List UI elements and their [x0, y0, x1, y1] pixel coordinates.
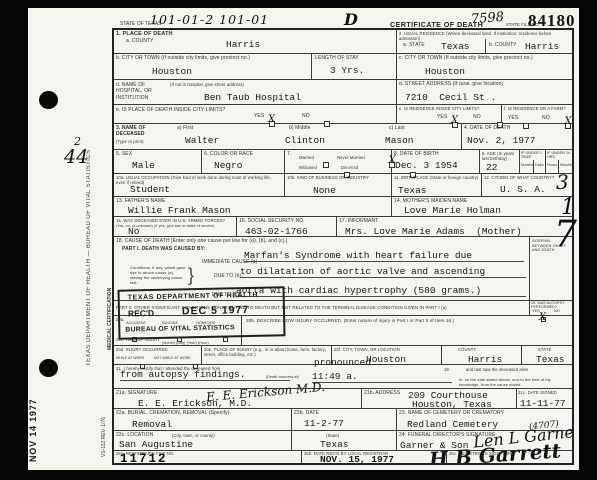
occupation-value: Student — [130, 184, 170, 195]
length-of-stay-value: 3 Yrs. — [330, 65, 364, 76]
certificate-sheet: TEXAS DEPARTMENT OF HEALTH — BUREAU OF V… — [28, 8, 579, 470]
race-value: Negro — [214, 160, 243, 171]
residence-city-value: Houston — [425, 66, 465, 77]
handwritten-number: 7598 — [471, 10, 505, 27]
last-name-value: Mason — [385, 135, 414, 146]
death-occurred-at-label: (Death occurred at) — [266, 375, 299, 379]
race-label: 6. COLOR OR RACE — [204, 151, 253, 157]
date-of-death-label: 4. DATE OF DEATH — [464, 125, 510, 131]
sex-value: Male — [132, 160, 155, 171]
homicide-checkbox — [223, 337, 228, 342]
married-checkbox — [323, 162, 329, 168]
ssn-label: 16. SOCIAL SECURITY NO. — [239, 218, 305, 224]
death-city-label: b. CITY OR TOWN (If outside city limits,… — [116, 55, 306, 61]
typed-from-autopsy: from autopsy findings. — [120, 369, 290, 381]
street-address-label: d. STREET ADDRESS (If rural, give locati… — [399, 81, 503, 87]
street-address-value: 7210 Cecil St . — [405, 92, 496, 103]
divorced-label: Divorced — [341, 165, 358, 170]
yes-label: YES — [508, 115, 518, 121]
married-label: Married — [299, 155, 314, 160]
not-while-at-work-label: NOT WHILE AT WORK — [154, 356, 191, 360]
length-of-stay-label: LENGTH OF STAY — [315, 55, 359, 61]
injury-state-value: Texas — [536, 354, 565, 365]
place-of-death-section-label: 1. PLACE OF DEATH — [116, 31, 173, 38]
yes-label: YES — [437, 114, 447, 120]
registrar-date-value: NOV. 15, 1977 — [320, 454, 394, 465]
date-of-birth-label: 8. DATE OF BIRTH — [394, 151, 439, 157]
while-at-work-label: WHILE AT WORK — [116, 356, 144, 360]
time-of-injury-sublabel: (Month) (Day) (Year) (Hour) — [162, 341, 209, 345]
birthplace-label: 11. BIRTHPLACE (State or foreign country… — [394, 175, 479, 180]
date-of-birth-value: Dec. 3 1954 — [395, 160, 458, 171]
hospital-note: (If not in hospital, give street address… — [170, 82, 265, 87]
informant-label: 17. INFORMANT — [339, 218, 378, 224]
no-label: NO — [542, 115, 550, 121]
scanned-death-certificate: TEXAS DEPARTMENT OF HEALTH — BUREAU OF V… — [0, 0, 597, 480]
stamp-bureau-line: BUREAU OF VITAL STATISTICS — [125, 324, 235, 333]
father-name-value: Willie Frank Mason — [128, 205, 231, 216]
handwritten-letter-d: D — [344, 10, 358, 29]
marital-item-number: 7. — [287, 151, 291, 157]
if-under-24-hrs-label: IF UNDER 24 HRS. — [547, 151, 571, 160]
burial-label: 22a. BURIAL, CREMATION, REMOVAL (Specify… — [116, 410, 229, 416]
sex-label: 5. SEX — [116, 151, 132, 157]
cause-of-death-section-label: 18. CAUSE OF DEATH [Enter only one cause… — [116, 238, 287, 244]
death-in-city-label: e. IS PLACE OF DEATH INSIDE CITY LIMITS? — [116, 107, 225, 113]
first-name-label: a) First — [177, 125, 193, 131]
hospital-value: Ben Taub Hospital — [204, 92, 301, 103]
middle-name-value: Clinton — [285, 135, 325, 146]
mother-maiden-name-label: 14. MOTHER'S MAIDEN NAME — [394, 198, 467, 204]
injury-county-label: COUNTY — [458, 347, 476, 352]
birthplace-value: Texas — [398, 185, 427, 196]
conditions-note: Conditions, if any, which gave rise to a… — [130, 265, 186, 285]
injury-city-value: Houston — [366, 354, 406, 365]
no-label: NO — [554, 309, 560, 314]
residence-city-label: c. CITY OR TOWN (If outside city limits,… — [399, 55, 569, 61]
stamp-date: DEC 5 1977 — [182, 304, 249, 317]
days-label: Days — [535, 163, 544, 167]
describe-injury-label: 20b. DESCRIBE HOW INJURY OCCURRED. (Ente… — [246, 318, 566, 324]
last-saw-text: and last saw the deceased alive — [466, 367, 528, 372]
conditions-brace: } — [188, 265, 194, 286]
due-to-b-label: DUE TO (b) — [214, 273, 241, 279]
divider — [485, 39, 486, 54]
residence-state-value: Texas — [441, 41, 470, 52]
injury-city-label: 20f. CITY, TOWN, OR LOCATION — [334, 347, 400, 352]
death-county-label: a. COUNTY — [126, 38, 154, 44]
margin-note-left-bottom: 44 — [64, 146, 88, 168]
hours-label: Hours — [547, 163, 557, 167]
never-married-label: Never Married — [337, 155, 365, 160]
physician-address-label: 21b. ADDRESS — [364, 390, 400, 396]
industry-value: None — [313, 185, 336, 196]
injury-state-label: STATE — [538, 347, 551, 352]
autopsy-no-checkbox — [572, 317, 574, 322]
ssn-value: 463-02-1766 — [245, 226, 308, 237]
hospital-label: d. NAME OF HOSPITAL, OR INSTITUTION — [116, 82, 168, 101]
stamp-recd-label: REC'D — [128, 308, 154, 319]
burial-date-label: 22b. DATE — [294, 410, 319, 416]
last-name-label: c) Last — [389, 125, 405, 131]
typed-pronounced: pronounced — [314, 357, 371, 368]
punch-hole-top — [39, 91, 58, 109]
injury-occurred-label: 20d. INJURY OCCURRED — [116, 347, 168, 352]
months-label: Months — [521, 163, 533, 167]
received-stamp-box: TEXAS DEPARTMENT OF HEALTH REC'D DEC 5 1… — [117, 286, 285, 339]
burial-value: Removal — [132, 419, 172, 430]
typed-time-of-death: 11:49 a. — [312, 371, 452, 383]
age-label: 9. AGE (In years last birthday) — [482, 151, 518, 162]
burial-date-value: 11-2-77 — [304, 418, 344, 429]
punch-hole-bottom — [39, 359, 58, 377]
death-city-value: Houston — [152, 66, 192, 77]
informant-value: Mrs. Love Marie Adams (Mother) — [345, 226, 522, 237]
margin-note-right-1: 3 — [556, 170, 569, 194]
certify-post-text: m. on the date stated above, and to the … — [459, 378, 571, 388]
date-signed-value: 11-11-77 — [520, 398, 566, 409]
part1-label: PART I. DEATH WAS CAUSED BY: — [122, 246, 205, 252]
cemetery-value: Redland Cemetery — [407, 419, 498, 430]
divider — [533, 160, 534, 174]
injury-county-value: Harris — [468, 354, 502, 365]
received-date-stamp: NOV 14 1977 — [28, 380, 38, 462]
location-city-value: San Augustine — [119, 439, 193, 450]
armed-forces-value: No — [128, 226, 139, 237]
certificate-form: 1. PLACE OF DEATH a. COUNTY Harris 2. US… — [112, 28, 574, 465]
date-signed-label: 21c. DATE SIGNED — [518, 390, 557, 395]
registrar-file-number: 11712 — [120, 452, 168, 465]
first-name-value: Walter — [185, 135, 219, 146]
deceased-name-label: 3. NAME OF DECEASED — [116, 125, 174, 138]
citizen-value: U. S. A. — [500, 184, 546, 195]
place-of-injury-label: 20e. PLACE OF INJURY (e.g., in or about … — [204, 347, 328, 358]
handwritten-file-code: 101-01-2 101-01 — [150, 12, 269, 27]
cause-line-b: to dilatation of aortic valve and ascend… — [240, 266, 526, 278]
location-label: 22c. LOCATION — [116, 432, 153, 438]
residence-farm-label: f. IS RESIDENCE ON A FARM? — [504, 106, 570, 111]
date-of-death-value: Nov. 2, 1977 — [467, 135, 535, 146]
father-name-label: 13. FATHER'S NAME — [116, 198, 166, 204]
no-label: NO — [473, 114, 481, 120]
middle-name-label: b) Middle — [289, 125, 310, 131]
location-state-value: Texas — [320, 439, 349, 450]
location-note: (City, town, or county) — [172, 433, 215, 438]
cause-line-a: Marfan's Syndrome with heart failure due — [244, 250, 524, 262]
state-note: (State) — [326, 433, 339, 438]
yes-label: YES — [254, 113, 264, 119]
residence-in-city-label: e. IS RESIDENCE INSIDE CITY LIMITS? — [399, 106, 499, 111]
residence-county-label: b. COUNTY — [489, 42, 517, 48]
residence-state-label: a. STATE — [403, 42, 425, 48]
residence-county-value: Harris — [525, 41, 559, 52]
usual-residence-section-label: 2. USUAL RESIDENCE (Where deceased lived… — [399, 31, 569, 42]
death-county-value: Harris — [226, 39, 260, 50]
no-label: NO — [302, 113, 310, 119]
mother-maiden-name-value: Love Marie Holman — [404, 205, 501, 216]
physician-signature-label: 21a. SIGNATURE — [116, 390, 157, 396]
cemetery-label: 23. NAME OF CEMETERY OR CREMATORY — [399, 410, 504, 416]
industry-label: 10b. KIND OF BUSINESS OR INDUSTRY — [287, 175, 387, 180]
deceased-name-note: (Type or print) — [116, 139, 144, 144]
widowed-label: Widowed — [299, 165, 317, 170]
minutes-label: Minutes — [560, 163, 573, 167]
age-value: 22 — [486, 162, 497, 173]
stamp-agency-line: TEXAS DEPARTMENT OF HEALTH — [128, 292, 259, 302]
form-code: VS-112 REV. 1/76 — [101, 385, 107, 457]
margin-note-right-3: 7 — [554, 214, 577, 255]
armed-forces-label: 15. WAS DECEASED EVER IN U.S. ARMED FORC… — [116, 218, 234, 223]
if-under-1-year-label: IF UNDER 1 YEAR — [521, 151, 545, 160]
